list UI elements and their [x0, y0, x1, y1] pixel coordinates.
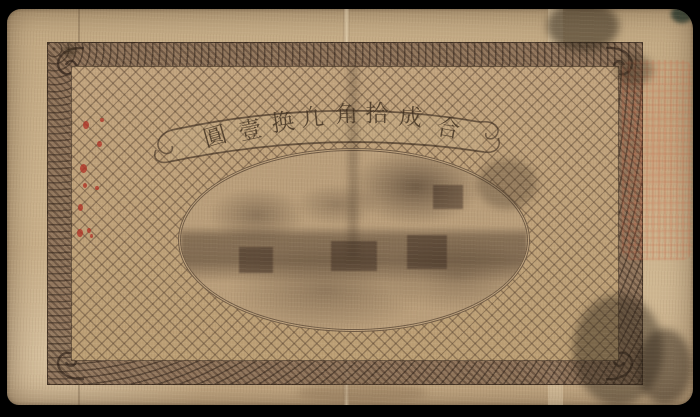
banner-character: 换	[270, 108, 297, 137]
stain	[63, 45, 77, 57]
stain	[297, 383, 427, 403]
red-speck	[97, 141, 102, 147]
red-speck	[78, 204, 83, 211]
red-speck	[77, 229, 83, 237]
red-speck	[100, 118, 104, 122]
building-silhouette	[239, 247, 273, 273]
red-speck	[83, 121, 89, 129]
red-speck	[83, 183, 87, 188]
banner-character: 合	[435, 114, 462, 144]
red-speck	[80, 164, 87, 173]
banknote-photo: 圓 壹 换 凢 角 拾 成 合	[0, 0, 700, 417]
stain	[615, 55, 653, 85]
banner-character: 凢	[299, 104, 325, 132]
red-speck	[95, 186, 99, 190]
banner-character: 拾	[366, 101, 389, 127]
stain	[348, 64, 358, 259]
banner-character: 成	[398, 104, 423, 132]
red-speck	[87, 228, 91, 233]
stain	[637, 329, 692, 404]
banknote: 圓 壹 换 凢 角 拾 成 合	[7, 9, 693, 405]
red-speck	[90, 234, 93, 238]
stain	[671, 9, 693, 23]
building-silhouette	[433, 185, 463, 209]
red-seal-stamp	[622, 60, 692, 260]
title-banner: 圓 壹 换 凢 角 拾 成 合	[150, 80, 540, 175]
stain	[477, 159, 537, 209]
building-silhouette	[407, 235, 447, 269]
